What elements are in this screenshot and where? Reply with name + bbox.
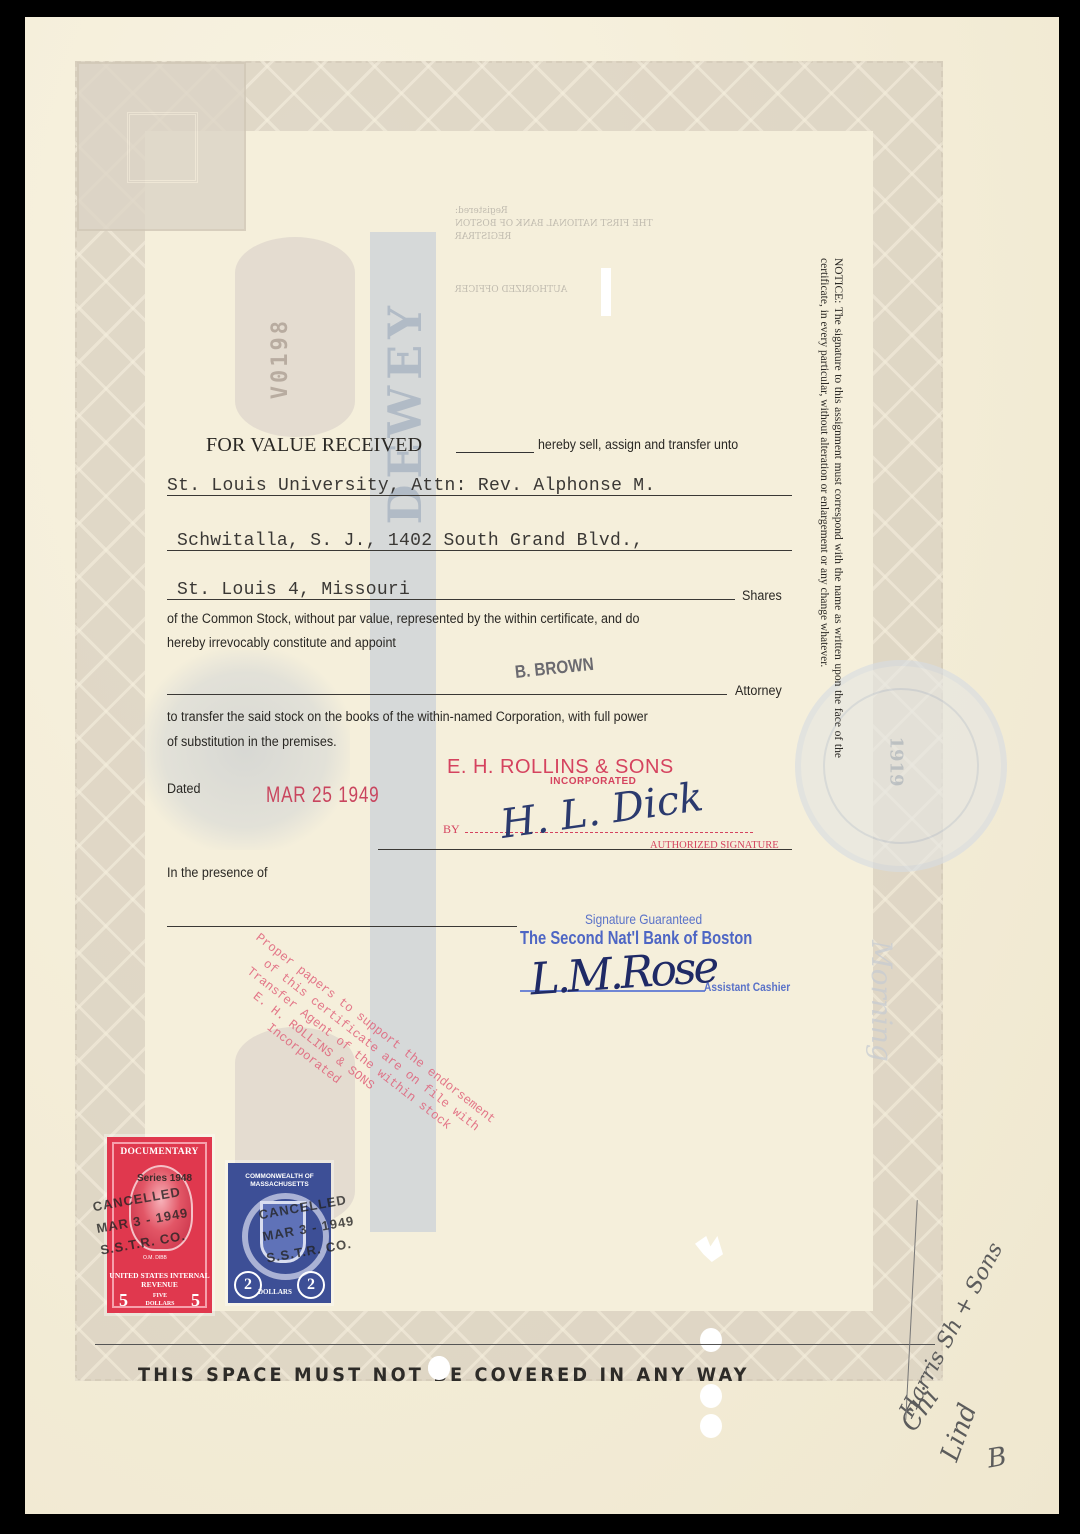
attorney-rule [167, 694, 727, 695]
punch-slot [601, 268, 611, 316]
serial-number-bleed: V0198 [268, 318, 293, 399]
assignee-rule-1 [167, 495, 792, 496]
assignee-rule-2 [167, 550, 792, 551]
punch-hole [700, 1328, 722, 1352]
punch-hole [700, 1384, 722, 1408]
assignee-line-2[interactable]: Schwitalla, S. J., 1402 South Grand Blvd… [177, 531, 643, 551]
pencil-bleed: Morning [838, 940, 898, 1180]
assignee-line-3[interactable]: St. Louis 4, Missouri [177, 580, 410, 600]
sell-assign-text: hereby sell, assign and transfer unto [538, 437, 738, 452]
signature-rule [378, 849, 792, 850]
guarantor-bank: The Second Nat'l Bank of Boston [520, 928, 752, 949]
attorney-label: Attorney [735, 683, 782, 698]
for-value-received-label: FOR VALUE RECEIVED [206, 434, 422, 457]
registrar-bleed: Registered: THE FIRST NATIONAL BANK OF B… [455, 205, 785, 297]
corner-ornament [77, 62, 246, 231]
consideration-line [456, 452, 534, 453]
witness-rule [167, 926, 517, 927]
appoint-text: hereby irrevocably constitute and appoin… [167, 635, 396, 650]
bottom-rule [95, 1344, 935, 1345]
guarantor-title: Assistant Cashier [704, 980, 790, 994]
punch-hole [428, 1356, 450, 1380]
dated-label: Dated [167, 781, 201, 796]
notice-text: NOTICE: The signature to this assignment… [785, 258, 845, 758]
assignee-line-1[interactable]: St. Louis University, Attn: Rev. Alphons… [167, 476, 655, 496]
serial-vignette [235, 237, 355, 437]
date-stamp: MAR 25 1949 [266, 782, 380, 808]
by-label: BY [443, 822, 460, 837]
signature-guaranteed-label: Signature Guaranteed [585, 911, 702, 927]
substitution-text: of substitution in the premises. [167, 734, 337, 749]
transfer-text: to transfer the said stock on the books … [167, 709, 648, 724]
common-stock-text: of the Common Stock, without par value, … [167, 611, 639, 626]
shares-label: Shares [742, 588, 782, 603]
presence-label: In the presence of [167, 865, 268, 880]
punch-hole [700, 1414, 722, 1438]
assignee-rule-3 [167, 599, 735, 600]
eagle-vignette-bleed [140, 650, 350, 850]
